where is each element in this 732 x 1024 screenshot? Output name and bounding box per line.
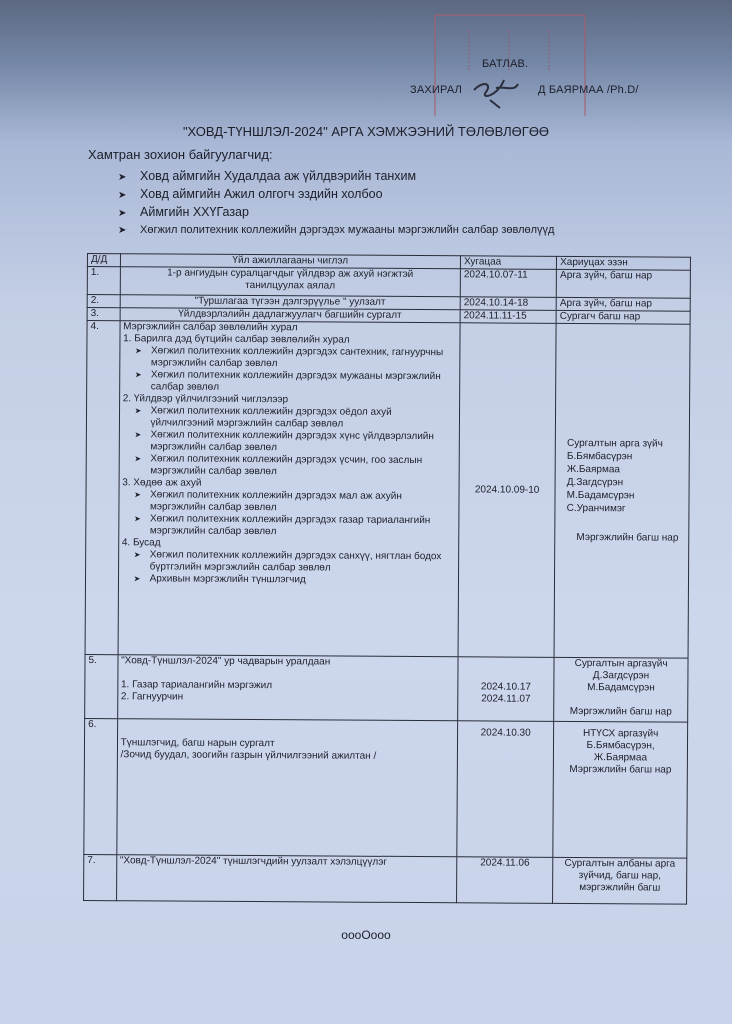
plan-table: Д/Д Үйл ажиллагааны чиглэл Хугацаа Хариу… (83, 253, 691, 905)
row-activity: "Ховд-Түншлэл-2024" түншлэгчдийн уулзалт… (116, 855, 457, 903)
sub-item: ➤Хөгжил политехник коллежийн дэргэдэх ма… (122, 489, 456, 515)
row-date: 2024.11.06 (457, 857, 553, 904)
row-no: 3. (87, 308, 120, 321)
row-responsible: Сургалтын аргазүйч Д.Загдсүрэн М.Бадамсү… (554, 657, 688, 722)
arrow-bullet-icon: ➤ (118, 222, 140, 240)
responsible-footer: Мэргэжлийн багш нар (557, 706, 684, 719)
responsible-line: М.Бадамсүрэн (557, 682, 684, 695)
header-date: Хугацаа (460, 256, 556, 270)
row-date: 2024.10.30 (457, 721, 554, 858)
responsible-line: зүйчид, багш нар, (556, 870, 683, 883)
co-organizers-list: ➤Ховд аймгийн Худалдаа аж үйлдвэрийн тан… (118, 167, 554, 239)
row-activity: 1-р ангиудын суралцагчдыг үйлдвэр аж аху… (120, 267, 461, 297)
co-organizers-label: Хамтран зохион байгуулагчид: (88, 147, 273, 162)
row-date: 2024.10.07-11 (460, 269, 556, 298)
sub-item: ➤Хөгжил политехник коллежийн дэргэдэх хү… (122, 429, 456, 455)
row-date: 2024.10.09-10 (458, 323, 556, 658)
header-responsible: Хариуцах эзэн (557, 256, 691, 270)
list-item: ➤Ховд аймгийн Худалдаа аж үйлдвэрийн тан… (118, 167, 554, 185)
row-activity: Түншлэгчид, багш нарын сургалт /Зочид бу… (116, 719, 457, 857)
row-date: 2024.10.14-18 (460, 297, 556, 311)
document-end-mark: oooOooo (0, 928, 732, 942)
date-line: 2024.10.17 (461, 681, 550, 694)
sub-item: ➤Хөгжил политехник коллежийн дэргэдэх са… (123, 345, 457, 371)
responsible-line: Мэргэжлийн багш нар (557, 764, 684, 777)
director-name: Д БАЯРМАА /Ph.D/ (538, 84, 639, 96)
sub-item: 2. Гагнуурчин (121, 691, 454, 705)
arrow-bullet-icon: ➤ (135, 369, 142, 381)
table-row: 5. "Ховд-Түншлэл-2024" ур чадварын уралд… (85, 654, 688, 722)
row-no: 7. (84, 854, 117, 900)
approve-label: БАТЛАВ. (482, 58, 528, 70)
date-line: 2024.11.07 (461, 693, 550, 706)
table-row: 1. 1-р ангиудын суралцагчдыг үйлдвэр аж … (87, 267, 690, 299)
responsible-footer: Мэргэжлийн багш нар (566, 531, 685, 545)
row-responsible: Арга зүйч, багш нар (556, 297, 690, 311)
arrow-bullet-icon: ➤ (134, 489, 141, 501)
responsible-line: Сургалтын арга зүйч (567, 437, 686, 451)
row-responsible: Арга зүйч, багш нар (556, 269, 690, 298)
activity-note: /Зочид буудал, зоогийн газрын үйлчилгээн… (121, 749, 454, 763)
sub-item: ➤Хөгжил политехник коллежийн дэргэдэх га… (122, 513, 456, 539)
list-item: ➤Хөгжил политехник коллежийн дэргэдэх му… (118, 221, 554, 239)
row-no: 2. (87, 295, 120, 308)
arrow-bullet-icon: ➤ (134, 453, 141, 465)
responsible-line: Ж.Баярмаа (557, 752, 684, 765)
row-activity: Мэргэжлийн салбар зөвлөлийн хурал 1. Бар… (118, 321, 460, 657)
responsible-line: Б.Бямбасүрэн (567, 450, 686, 464)
arrow-bullet-icon: ➤ (135, 345, 142, 357)
document-title: "ХОВД-ТҮНШЛЭЛ-2024" АРГА ХЭМЖЭЭНИЙ ТӨЛӨВ… (0, 124, 732, 139)
responsible-line: Сургалтын албаны арга (556, 858, 683, 871)
table-row: 7. "Ховд-Түншлэл-2024" түншлэгчдийн уулз… (84, 854, 687, 904)
row-date: 2024.10.17 2024.11.07 (458, 657, 555, 722)
sub-item: ➤Хөгжил политехник коллежийн дэргэдэх му… (123, 369, 457, 395)
sub-item: ➤Архивын мэргэжлийн түншлэгчид (122, 573, 455, 587)
responsible-line: М.Бадамсүрэн (567, 489, 686, 503)
header-no: Д/Д (87, 254, 120, 267)
arrow-bullet-icon: ➤ (135, 405, 142, 417)
responsible-line: Д.Загдсүрэн (558, 670, 685, 683)
table-row: 6. Түншлэгчид, багш нарын сургалт /Зочид… (84, 718, 688, 858)
row-no: 1. (87, 267, 120, 295)
row-responsible: НТҮСХ аргазүйч Б.Бямбасүрэн, Ж.Баярмаа М… (553, 721, 688, 858)
director-position: ЗАХИРАЛ (410, 84, 462, 96)
sub-item: ➤Хөгжил политехник коллежийн дэргэдэх оё… (123, 405, 457, 431)
responsible-line: Сургалтын аргазүйч (558, 658, 685, 671)
mongolian-script-glyph (468, 30, 476, 70)
mongolian-script-glyph (548, 30, 556, 70)
responsible-line: Д.Загдсүрэн (567, 476, 686, 490)
table-row: 4. Мэргэжлийн салбар зөвлөлийн хурал 1. … (85, 321, 690, 659)
row-no: 6. (84, 718, 117, 854)
responsible-line: Б.Бямбасүрэн, (557, 740, 684, 753)
responsible-line: НТҮСХ аргазүйч (557, 728, 684, 741)
sub-item: ➤Хөгжил политехник коллежийн дэргэдэх са… (122, 549, 456, 575)
responsible-line: С.Уранчимэг (567, 502, 686, 516)
list-item: ➤Ховд аймгийн Ажил олгогч эздийн холбоо (118, 185, 554, 203)
row-responsible: Сургагч багш нар (556, 310, 690, 324)
row-date: 2024.11.11-15 (460, 310, 556, 324)
activity-heading: "Ховд-Түншлэл-2024" ур чадварын уралдаан (121, 655, 454, 669)
row-no: 4. (85, 321, 120, 655)
responsible-line: мэргэжлийн багш (556, 882, 683, 895)
responsible-line: Ж.Баярмаа (567, 463, 686, 477)
signature-icon (470, 70, 520, 110)
row-no: 5. (85, 654, 118, 718)
arrow-bullet-icon: ➤ (134, 513, 141, 525)
arrow-bullet-icon: ➤ (134, 549, 141, 561)
list-item: ➤Аймгийн ХХҮГазар (118, 203, 554, 221)
sub-item: ➤Хөгжил политехник коллежийн дэргэдэх үс… (122, 453, 456, 479)
arrow-bullet-icon: ➤ (134, 573, 141, 585)
row-activity: "Ховд-Түншлэл-2024" ур чадварын уралдаан… (117, 655, 458, 721)
row-responsible: Сургалтын арга зүйч Б.Бямбасүрэн Ж.Баярм… (554, 323, 690, 658)
row-responsible: Сургалтын албаны арга зүйчид, багш нар, … (553, 857, 687, 904)
arrow-bullet-icon: ➤ (134, 429, 141, 441)
